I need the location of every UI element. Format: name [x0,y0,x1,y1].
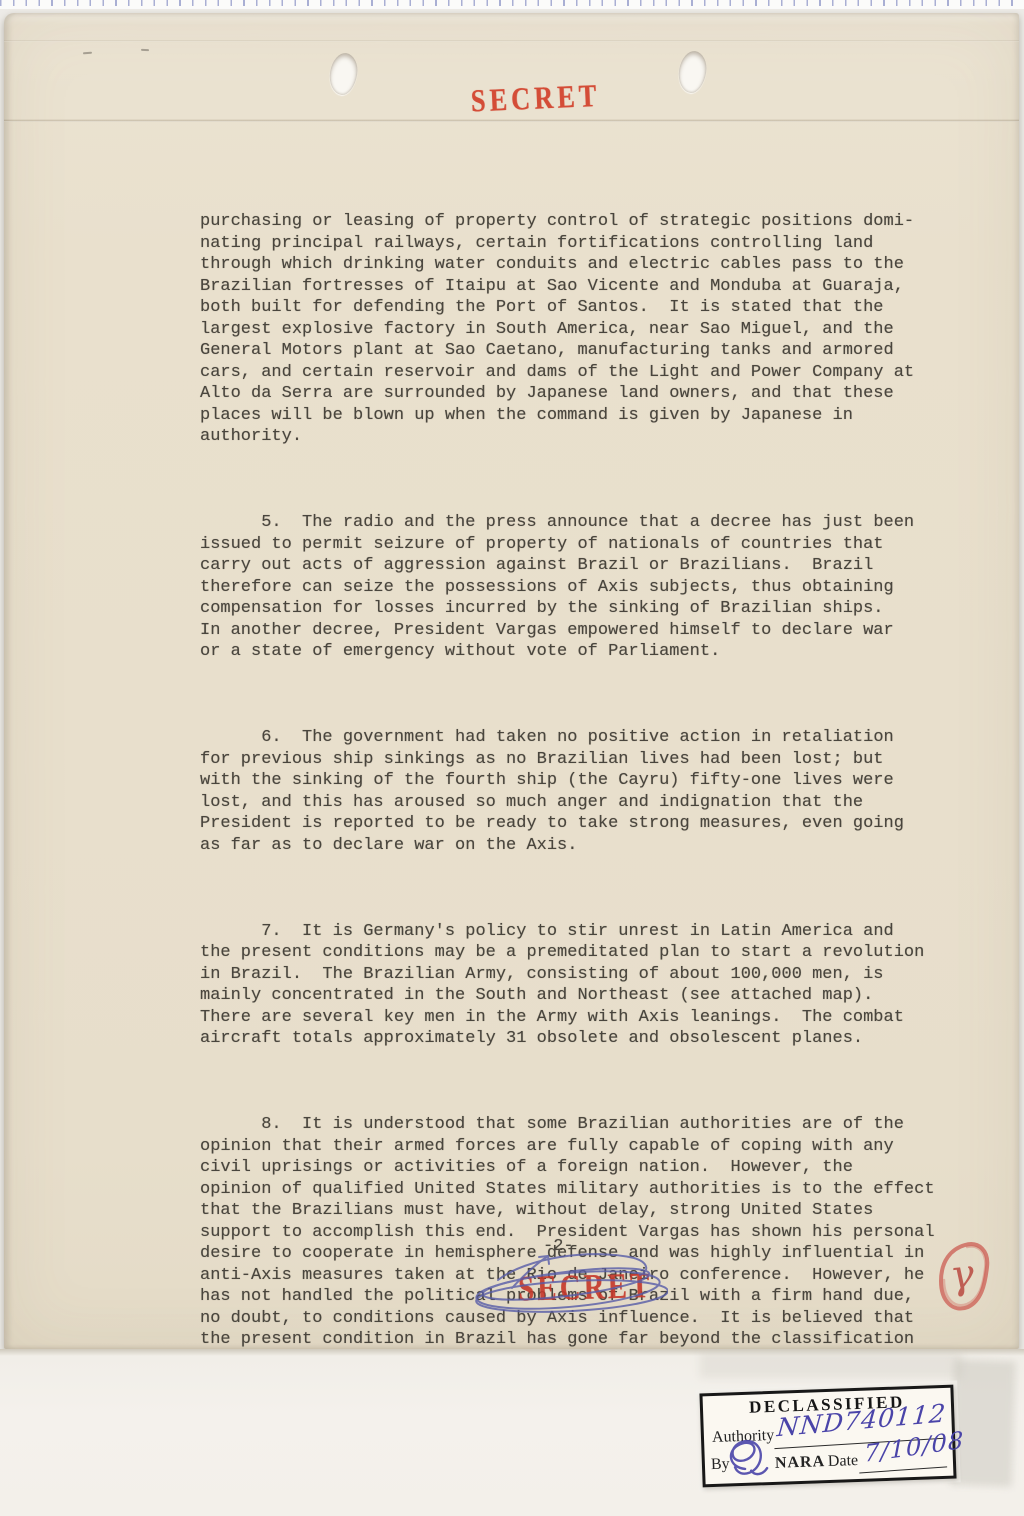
scanned-document-photo: SECRET purchasing or leasing of property… [0,0,1024,1516]
paragraph-item-5: 5. The radio and the press announce that… [200,512,976,663]
nara-label: NARA [775,1453,826,1473]
background-ruled-edge [0,0,1024,9]
tape-residue [700,1352,962,1378]
ruler-tick-marks [0,0,1024,6]
classification-stamp-top: SECRET [470,77,588,119]
tape-residue [950,1359,1016,1487]
declassified-label: DECLASSIFIED Authority NND740112 By NARA… [699,1385,956,1488]
reviewer-signature-scribble [720,1436,777,1480]
paragraph-continuation: purchasing or leasing of property contro… [200,211,976,448]
pen-crossout-scribble [468,1240,668,1324]
date-label: Date [828,1452,859,1471]
paragraph-item-6: 6. The government had taken no positive … [200,727,976,856]
paragraph-item-7: 7. It is Germany's policy to stir unrest… [200,921,976,1050]
paper-fold-line [4,119,1019,122]
pencil-mark [141,49,149,51]
paper-crease-top [4,40,1019,42]
date-underline [859,1466,947,1473]
red-check-mark: γ [948,1251,977,1299]
